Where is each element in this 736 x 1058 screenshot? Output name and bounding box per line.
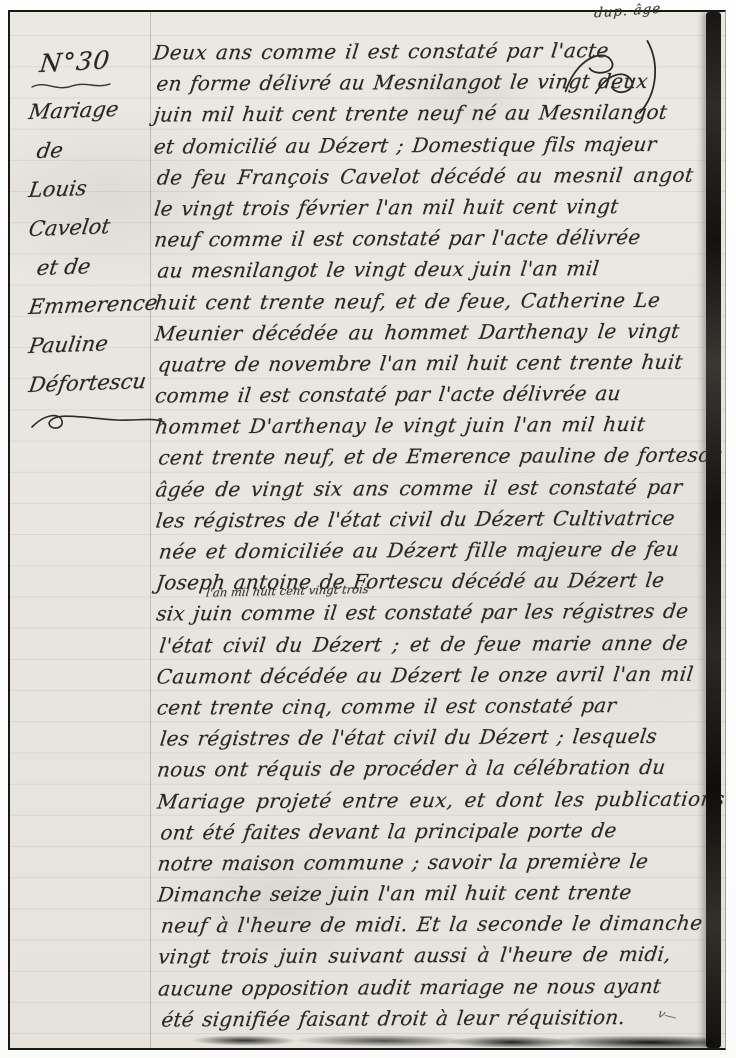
- margin-title-line: Louis: [26, 167, 160, 210]
- record-line: hommet D'arthenay le vingt juin l'an mil…: [154, 409, 724, 443]
- record-line: née et domiciliée au Dézert fille majeur…: [157, 533, 724, 567]
- record-line: cent trente neuf, et de Emerence pauline…: [157, 440, 724, 474]
- record-line: nous ont réquis de procéder à la célébra…: [155, 752, 725, 786]
- record-line: et domicilié au Dézert ; Domestique fils…: [152, 128, 722, 162]
- margin-title-line: Cavelot: [26, 206, 160, 249]
- margin-title-line: Pauline: [26, 323, 160, 366]
- margin-column: N°30 Mariage de Louis Cavelot et de Emme…: [26, 46, 154, 435]
- record-line: les régistres de l'état civil du Dézert …: [158, 721, 725, 755]
- margin-title-line: de: [34, 128, 160, 171]
- record-line: huit cent trente neuf, et de feue, Cathe…: [153, 284, 723, 318]
- entry-number: N°30: [38, 43, 156, 78]
- record-line: les régistres de l'état civil du Dézert …: [154, 502, 724, 536]
- end-swash-icon: [26, 409, 168, 435]
- record-line: six juin comme il est constaté par les r…: [154, 596, 724, 630]
- record-line: de feu François Cavelot décédé au mesnil…: [155, 159, 722, 193]
- margin-title-line: Défortescu: [26, 362, 160, 405]
- record-line: l'état civil du Dézert ; et de feue mari…: [158, 627, 725, 661]
- page-edge-shadow-bottom: [180, 1032, 715, 1048]
- record-line: quatre de novembre l'an mil huit cent tr…: [156, 346, 723, 380]
- record-line: ont été faites devant la principale port…: [159, 814, 726, 848]
- margin-title-line: et de: [34, 245, 160, 288]
- record-line: Caumont décédée au Dézert le onze avril …: [155, 658, 725, 692]
- record-line: Mariage projeté entre eux, et dont les p…: [155, 783, 725, 817]
- record-line: neuf comme il est constaté par l'acte dé…: [153, 222, 723, 256]
- margin-title-line: Mariage: [26, 89, 160, 132]
- scanned-marriage-record: N°30 Mariage de Louis Cavelot et de Emme…: [0, 0, 736, 1058]
- record-line: au mesnilangot le vingt deux juin l'an m…: [156, 253, 723, 287]
- page-edge-shadow-right: [706, 12, 721, 1048]
- margin-title-line: Emmerence: [26, 284, 160, 327]
- record-line: été signifiée faisant droit à leur réqui…: [160, 1001, 726, 1035]
- record-line: vingt trois juin suivant aussi à l'heure…: [156, 939, 726, 973]
- record-line: cent trente cinq, comme il est constaté …: [155, 689, 725, 723]
- record-line: comme il est constaté par l'acte délivré…: [153, 378, 723, 412]
- record-line: neuf à l'heure de midi. Et la seconde le…: [159, 908, 726, 942]
- record-line: âgée de vingt six ans comme il est const…: [154, 471, 724, 505]
- record-line: notre maison commune ; savoir la premièr…: [156, 845, 726, 879]
- act-body-text: Deux ans comme il est constaté par l'act…: [151, 35, 722, 1036]
- interline-insertion: l'an mil huit cent vingt trois: [205, 583, 369, 599]
- register-page: N°30 Mariage de Louis Cavelot et de Emme…: [8, 10, 726, 1050]
- record-line: le vingt trois février l'an mil huit cen…: [152, 190, 722, 224]
- paraph-flourish-icon: [555, 37, 665, 120]
- record-line: aucune opposition audit mariage ne nous …: [156, 970, 726, 1004]
- record-line: Dimanche seize juin l'an mil huit cent t…: [156, 877, 726, 911]
- record-line: Meunier décédée au hommet Darthenay le v…: [153, 315, 723, 349]
